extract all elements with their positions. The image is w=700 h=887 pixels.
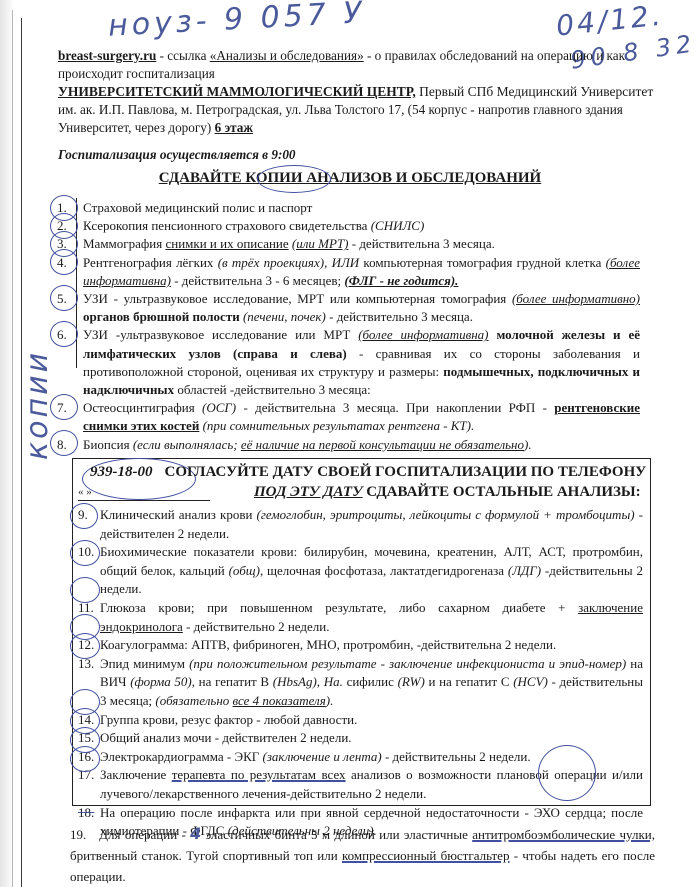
ink-circle (70, 577, 100, 603)
list-item: 4.Рентгенография лёгких (в трёх проекция… (55, 254, 640, 290)
site-link[interactable]: breast-surgery.ru (58, 48, 156, 63)
floor-label: 6 этаж (215, 120, 253, 135)
ink-circle (50, 285, 78, 311)
ink-circle (50, 394, 78, 420)
list-item: 5.УЗИ - ультразвуковое исследование, МРТ… (55, 290, 640, 326)
ink-circle (50, 430, 78, 456)
list-item: 15.Общий анализ мочи - действителен 2 не… (78, 729, 643, 748)
date-blank-field[interactable]: « » (78, 486, 210, 501)
analyses-link[interactable]: «Анализы и обследования» (210, 48, 364, 63)
list-item: 2.Ксерокопия пенсионного страхового свид… (55, 217, 640, 235)
list-item: 14.Группа крови, резус фактор - любой да… (78, 711, 643, 730)
list-item: 8.Биопсия (если выполнялась; её наличие … (55, 436, 640, 454)
copies-list: 1.Страховой медицинский полис и паспорт … (55, 199, 640, 454)
box-title-line-1: 939-18-00СОГЛАСУЙТЕ ДАТУ СВОЕЙ ГОСПИТАЛИ… (90, 464, 646, 481)
scan-edge-line (12, 10, 13, 887)
list-item: 10.Биохимические показатели крови: билир… (78, 543, 643, 599)
box-title-line-2: ПОД ЭТУ ДАТУ СДАВАЙТЕ ОСТАЛЬНЫЕ АНАЛИЗЫ: (254, 484, 641, 501)
list-item: 1.Страховой медицинский полис и паспорт (55, 199, 640, 217)
item-19: 19. Для операции - 4 эластичных бинта 5 … (70, 823, 655, 887)
address-line-3: Университет, через дорогу) 6 этаж (58, 119, 253, 137)
ink-circle (70, 540, 100, 566)
header-line-1: breast-surgery.ru - ссылка «Анализы и об… (58, 47, 625, 65)
scan-edge (0, 0, 22, 887)
handwritten-count: 4 (190, 824, 201, 843)
list-item: 3.Маммография снимки и их описание (или … (55, 235, 640, 253)
echo-circle (538, 745, 596, 801)
list-item: 7.Остеосцинтиграфия (ОСГ) - действительн… (55, 399, 640, 435)
header-line-2: происходит госпитализация (58, 65, 215, 83)
list-item: 9.Клинический анализ крови (гемоглобин, … (78, 506, 643, 543)
list-item: 6.УЗИ -ультразвуковое исследование или М… (55, 326, 640, 399)
handwritten-note-top-left: ноуз- 9 057 У (107, 0, 366, 44)
list-item: 13.Эпид минимум (при положительном резул… (78, 655, 643, 711)
center-name: УНИВЕРСИТЕТСКИЙ МАММОЛОГИЧЕСКИЙ ЦЕНТР, (58, 84, 416, 99)
section-title-copies: СДАВАЙТЕ КОПИИ АНАЛИЗОВ И ОБСЛЕДОВАНИЙ (0, 170, 700, 187)
ink-circle (70, 503, 98, 529)
ink-circle (50, 321, 78, 347)
header-line-3: УНИВЕРСИТЕТСКИЙ МАММОЛОГИЧЕСКИЙ ЦЕНТР, П… (58, 83, 653, 101)
list-item: 12.Коагулограмма: АПТВ, фибриноген, МНО,… (78, 636, 643, 655)
ink-circle (257, 165, 331, 193)
ink-circle (50, 249, 78, 275)
ink-circle (70, 633, 100, 659)
phone-number[interactable]: 939-18-00 (90, 464, 153, 480)
hospitalization-time: Госпитализация осуществляется в 9:00 (58, 146, 296, 164)
list-item: 11.Глюкоза крови; при повышенном результ… (78, 599, 643, 636)
address-line: им. ак. И.П. Павлова, м. Петроградская, … (58, 101, 623, 119)
ink-circle (70, 746, 100, 772)
